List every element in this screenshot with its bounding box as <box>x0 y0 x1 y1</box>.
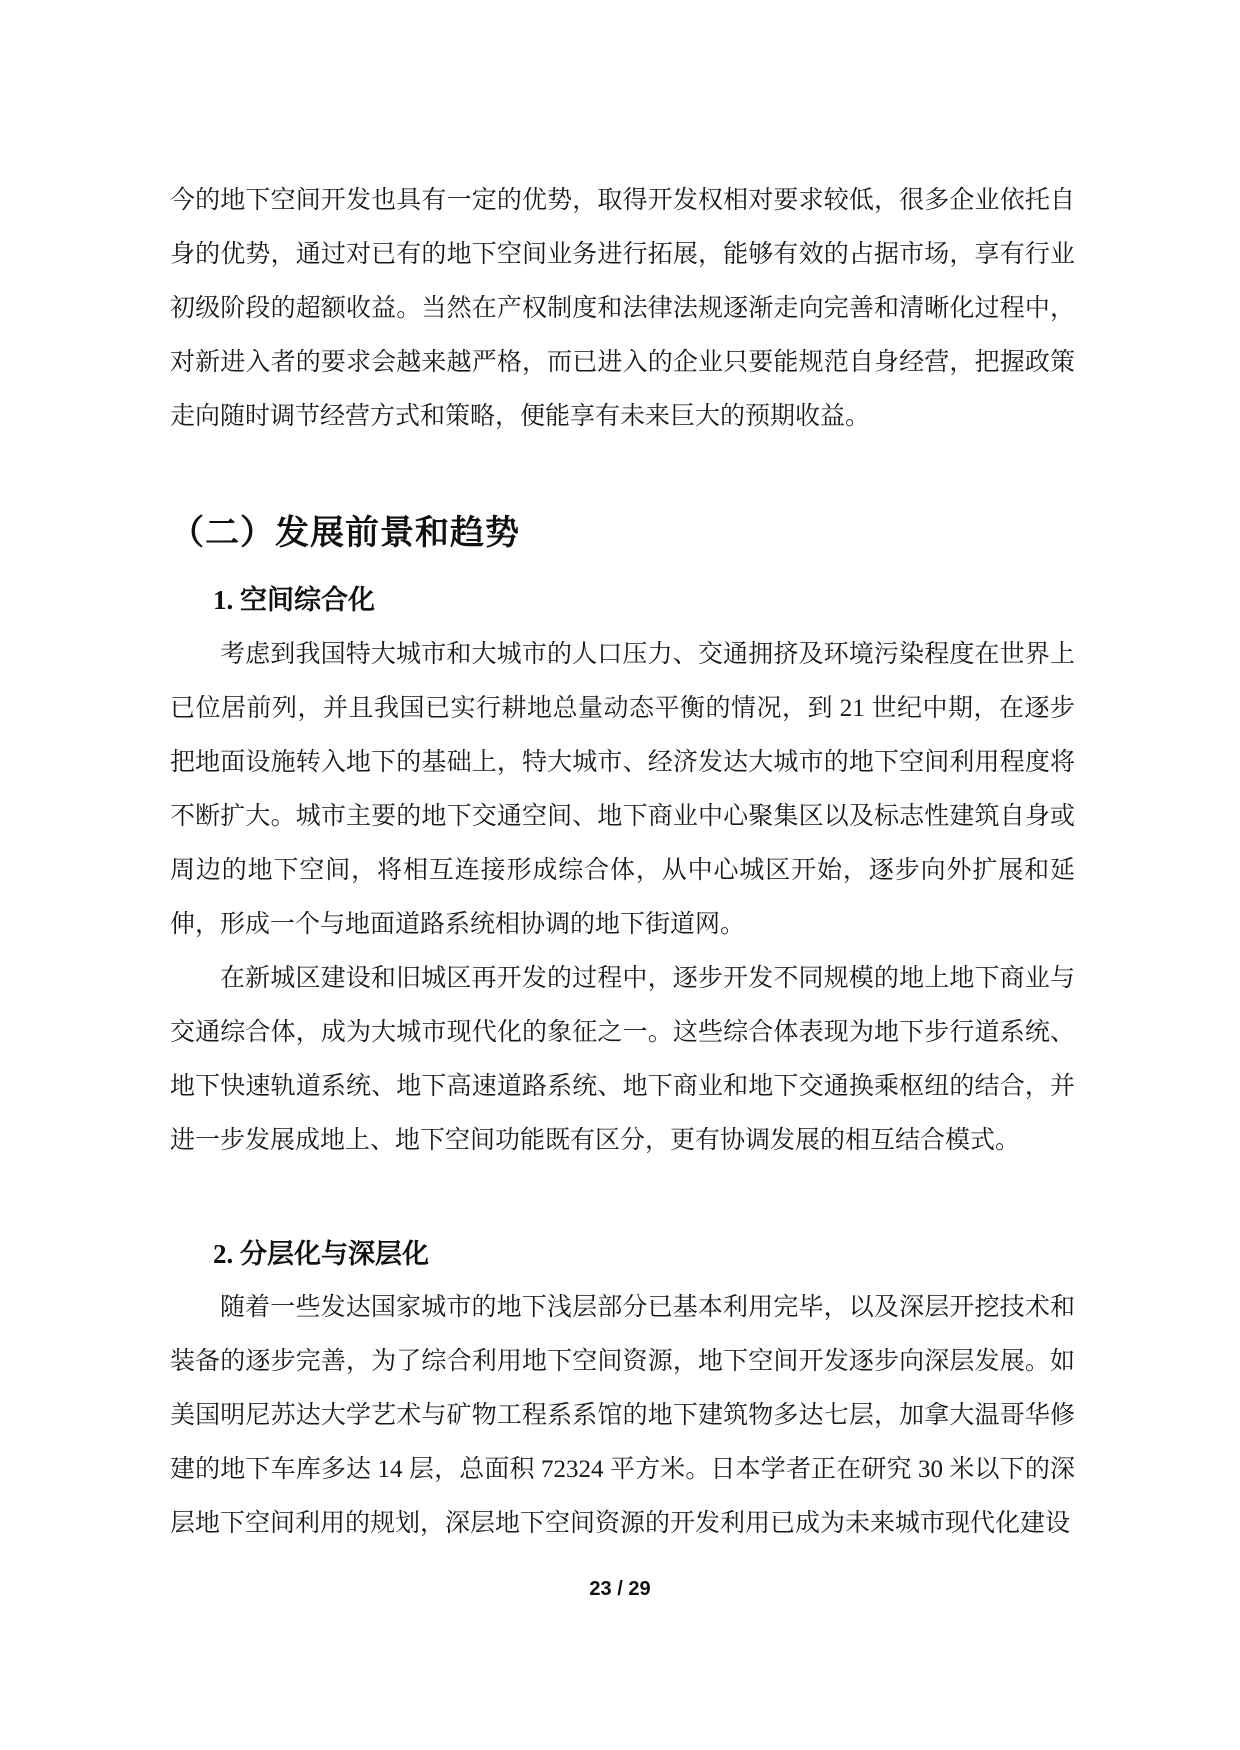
intro-paragraph: 今的地下空间开发也具有一定的优势，取得开发权相对要求较低，很多企业依托自身的优势… <box>170 174 1075 444</box>
section-heading: （二）发展前景和趋势 <box>170 512 1075 556</box>
page-number: 23 / 29 <box>0 1578 1240 1601</box>
subsection-2-paragraph-1: 随着一些发达国家城市的地下浅层部分已基本利用完毕，以及深层开挖技术和装备的逐步完… <box>170 1281 1075 1551</box>
subsection-2-heading: 2. 分层化与深层化 <box>213 1236 1073 1272</box>
document-page: 今的地下空间开发也具有一定的优势，取得开发权相对要求较低，很多企业依托自身的优势… <box>0 0 1240 1750</box>
subsection-1-paragraph-2: 在新城区建设和旧城区再开发的过程中，逐步开发不同规模的地上地下商业与交通综合体，… <box>170 952 1075 1168</box>
subsection-1-heading: 1. 空间综合化 <box>213 582 1073 618</box>
subsection-2-body: 随着一些发达国家城市的地下浅层部分已基本利用完毕，以及深层开挖技术和装备的逐步完… <box>170 1281 1075 1551</box>
subsection-1-paragraph-1: 考虑到我国特大城市和大城市的人口压力、交通拥挤及环境污染程度在世界上已位居前列，… <box>170 628 1075 952</box>
subsection-1-body: 考虑到我国特大城市和大城市的人口压力、交通拥挤及环境污染程度在世界上已位居前列，… <box>170 628 1075 1168</box>
intro-paragraph-block: 今的地下空间开发也具有一定的优势，取得开发权相对要求较低，很多企业依托自身的优势… <box>170 174 1075 444</box>
